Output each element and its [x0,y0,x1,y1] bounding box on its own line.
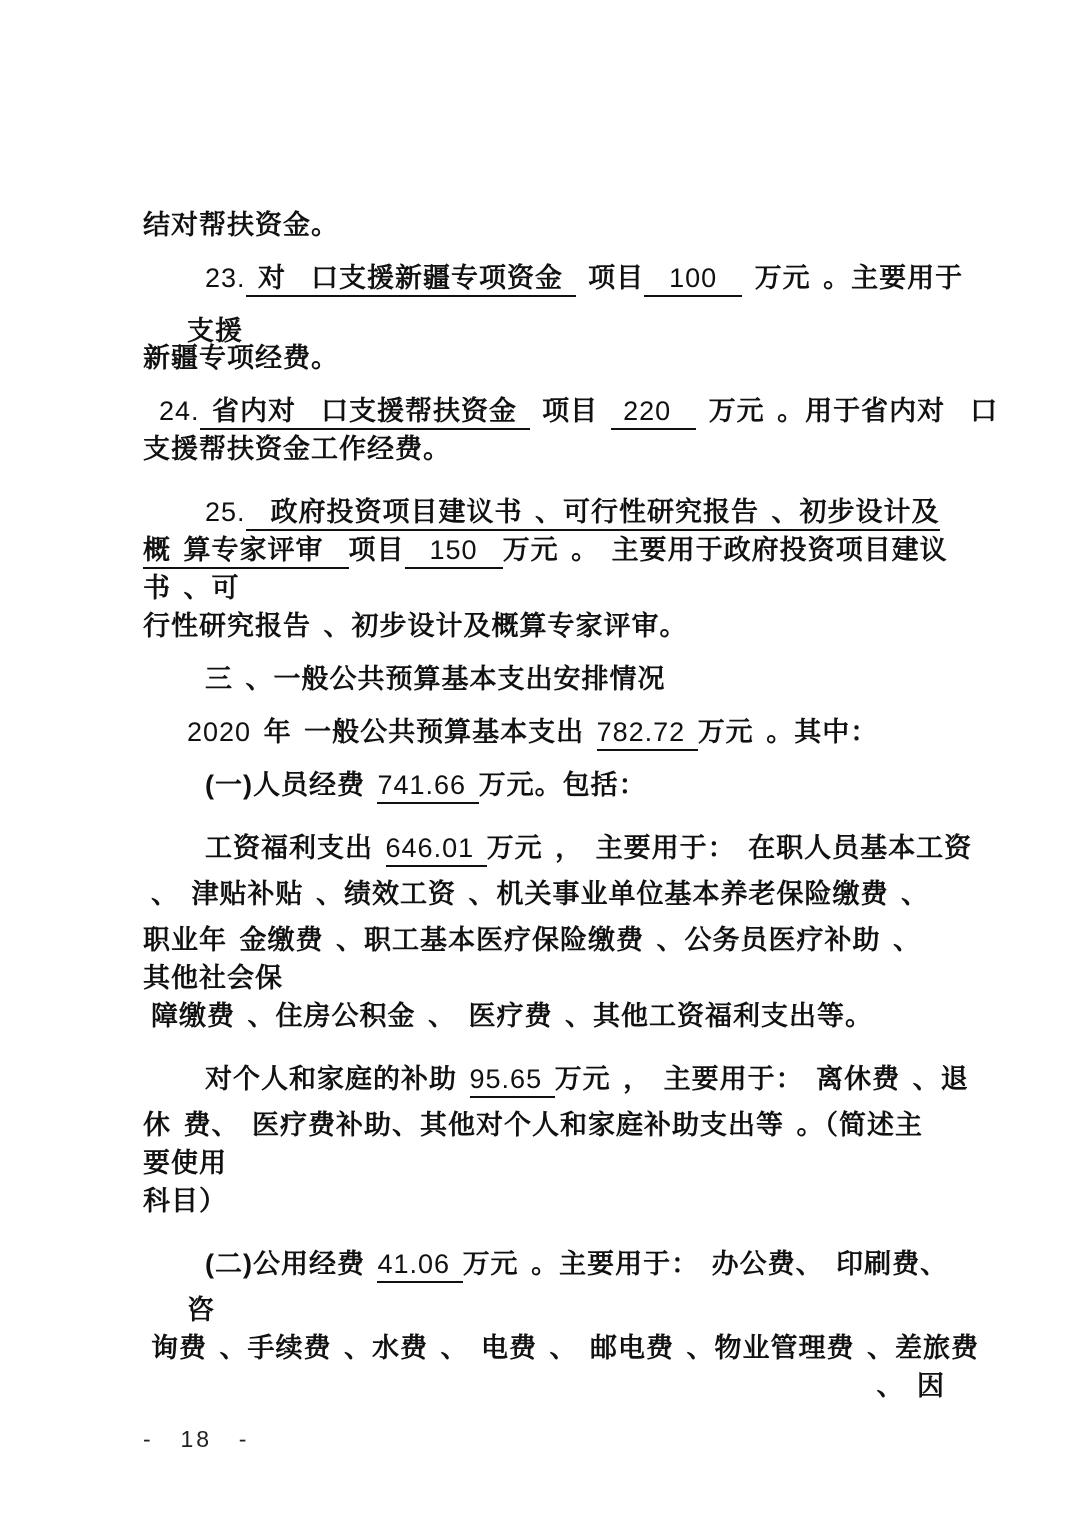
text-segment: 万元 。其中： [698,717,879,747]
text-segment: 对个人和家庭的补助 [205,1064,470,1094]
text-segment: 24. [159,396,200,426]
text-line: 障缴费 、住房公积金 、 医疗费 、其他工资福利支出等。 [151,997,945,1035]
underlined-text: 政府投资项目建议书 、可行性研究报告 、初步设计及 [246,497,940,531]
text-segment: 2020 [187,717,251,747]
text-segment: 询费 、手续费 、水费 、 电费 、 邮电费 、物业管理费 、差旅费 [151,1333,979,1363]
text-line: (二)公用经费 41.06 万元 。主要用于： 办公费、 印刷费、 [205,1245,945,1283]
text-segment: (一)人员经费 [205,770,377,800]
text-segment: 工资福利支出 [205,833,386,863]
text-line: 2020 年 一般公共预算基本支出 782.72 万元 。其中： [187,713,945,751]
text-line: 24. 省内对 口支援帮扶资金 项目 220 万元 。用于省内对 口 [159,392,945,430]
underlined-text: 646.01 [386,833,487,867]
text-segment: 万元 。主要用于： 办公费、 印刷费、 [463,1249,949,1279]
underlined-text: 782.72 [597,717,698,751]
text-segment: 科目） [143,1186,227,1216]
underlined-text: 41.06 [377,1249,462,1283]
text-line: 、 津贴补贴 、绩效工资 、机关事业单位基本养老保险缴费 、 [151,875,945,913]
document-page: 结对帮扶资金。23. 对 口支援新疆专项资金 项目 100 万元 。主要用于支援… [0,0,1074,1520]
text-segment: 三 、一般公共预算基本支出安排情况 [205,664,666,694]
text-line: 职业年 金缴费 、职工基本医疗保险缴费 、公务员医疗补助 、 [143,921,945,959]
text-line: (一)人员经费 741.66 万元。包括： [205,766,945,804]
text-segment: 障缴费 、住房公积金 、 医疗费 、其他工资福利支出等。 [151,1001,873,1031]
text-segment: 新疆专项经费。 [143,343,339,373]
text-segment: 要使用 [143,1148,227,1178]
text-line: 三 、一般公共预算基本支出安排情况 [205,660,945,698]
text-content: 结对帮扶资金。23. 对 口支援新疆专项资金 项目 100 万元 。主要用于支援… [143,206,945,1458]
text-segment: 项目 [349,535,405,565]
text-line: 新疆专项经费。 [143,339,945,377]
text-segment: (二)公用经费 [205,1249,377,1279]
text-line: 25. 政府投资项目建议书 、可行性研究报告 、初步设计及 [205,493,945,531]
text-line: 概 算专家评审 项目 150 万元 。 主要用于政府投资项目建议 [143,531,945,569]
text-segment: 万元 ， 主要用于： 在职人员基本工资 [487,833,973,863]
text-line: 、 因 [143,1367,945,1405]
text-segment: 23. [205,263,246,293]
text-segment: 25. [205,497,246,527]
text-segment: 万元。包括： [479,770,647,800]
text-segment: 万元 。用于省内对 口 [696,396,998,426]
text-line: 结对帮扶资金。 [143,206,945,244]
text-line: 行性研究报告 、初步设计及概算专家评审。 [143,607,945,645]
text-line: 工资福利支出 646.01 万元 ， 主要用于： 在职人员基本工资 [205,829,945,867]
text-segment: 支援帮扶资金工作经费。 [143,434,451,464]
text-line: 支援帮扶资金工作经费。 [143,430,945,468]
underlined-text: 概 算专家评审 [143,535,349,569]
underlined-text: 741.66 [377,770,478,804]
text-segment: 休 费、 医疗费补助、其他对个人和家庭补助支出等 。（简述主 [143,1110,923,1140]
text-line: 咨 [187,1291,945,1329]
text-segment: 项目 [530,396,611,426]
text-line: 科目） [143,1182,945,1220]
underlined-text: 95.65 [470,1064,555,1098]
text-line: 其他社会保 [143,959,945,997]
underlined-text: 100 [644,263,742,297]
text-segment: 职业年 金缴费 、职工基本医疗保险缴费 、公务员医疗补助 、 [143,925,921,955]
text-segment: 万元 。 主要用于政府投资项目建议 [503,535,948,565]
page-number: - 18 - [143,1420,945,1458]
text-segment: 年 一般公共预算基本支出 [251,717,597,747]
underlined-text: 对 口支援新疆专项资金 [246,263,576,297]
text-segment: 行性研究报告 、初步设计及概算专家评审。 [143,611,688,641]
text-line: 对个人和家庭的补助 95.65 万元 ， 主要用于： 离休费 、退 [205,1060,945,1098]
text-segment: 其他社会保 [143,963,283,993]
text-line: 询费 、手续费 、水费 、 电费 、 邮电费 、物业管理费 、差旅费 [151,1329,945,1367]
text-line: 23. 对 口支援新疆专项资金 项目 100 万元 。主要用于 [205,259,945,297]
text-segment: 万元 。主要用于 [742,263,963,293]
text-segment: 、 津贴补贴 、绩效工资 、机关事业单位基本养老保险缴费 、 [151,879,929,909]
text-segment: 、 因 [876,1371,945,1401]
text-segment: 项目 [576,263,645,293]
text-segment: 结对帮扶资金。 [143,210,339,240]
text-line: 要使用 [143,1144,945,1182]
text-line: 休 费、 医疗费补助、其他对个人和家庭补助支出等 。（简述主 [143,1106,945,1144]
text-segment: 万元 ， 主要用于： 离休费 、退 [555,1064,969,1094]
text-segment: 书 、可 [143,573,240,603]
underlined-text: 220 [611,396,697,430]
text-segment: - 18 - [143,1426,249,1452]
underlined-text: 150 [405,535,503,569]
underlined-text: 省内对 口支援帮扶资金 [200,396,530,430]
text-line: 书 、可 [143,569,945,607]
text-segment: 咨 [187,1295,215,1325]
